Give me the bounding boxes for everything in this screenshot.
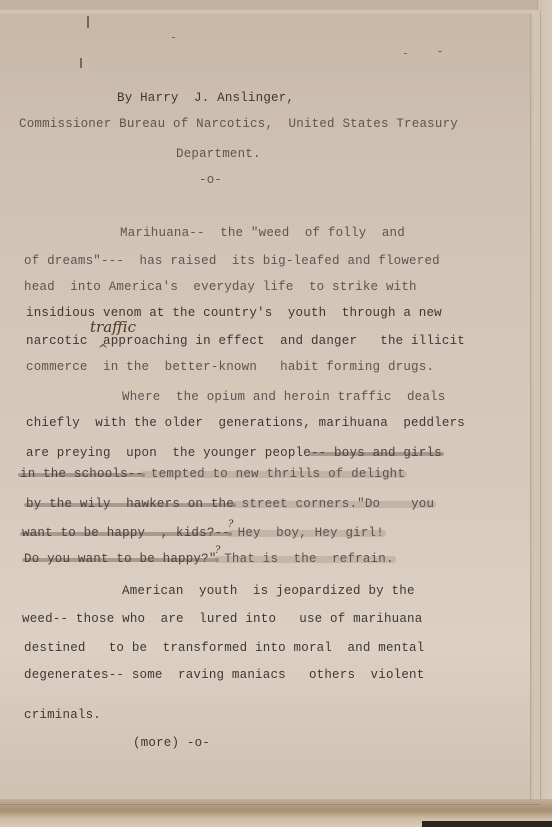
header-separator: -o- (199, 173, 222, 187)
paragraph-1-line-1: Marihuana-- the "weed of folly and (120, 226, 405, 240)
paragraph-2-line-1: Where the opium and heroin traffic deals (122, 390, 445, 404)
paragraph-1-line-3: head into America's everyday life to str… (24, 280, 417, 294)
paragraph-3-line-4: degenerates-- some raving maniacs others… (24, 668, 424, 682)
line-text: street corners."Do you (234, 497, 434, 511)
struck-text: want to be happy , kids?-- (22, 526, 230, 540)
line-text: That is the refrain. (217, 552, 394, 566)
line-text: tempted to new thrills of delight (143, 467, 405, 481)
line-text: are preying upon the younger people (26, 446, 311, 460)
paper-speck (404, 53, 407, 54)
paragraph-2-line-4: in the schools-- tempted to new thrills … (20, 467, 405, 481)
paper-speck (87, 16, 89, 28)
paragraph-2-line-3: are preying upon the younger people-- bo… (26, 446, 442, 460)
page-edge-line (0, 804, 540, 805)
paragraph-2-line-7: Do you want to be happy?" That is the re… (24, 552, 394, 566)
typewritten-page (0, 14, 531, 804)
paragraph-3-line-3: destined to be transformed into moral an… (24, 641, 424, 655)
paper-speck (172, 37, 175, 38)
struck-text: by the wily hawkers on the (26, 497, 234, 511)
paragraph-1-line-4: insidious venom at the country's youth t… (26, 306, 442, 320)
paragraph-3-line-5: criminals. (24, 708, 101, 722)
desk-shadow (422, 821, 552, 827)
paragraph-1-line-2: of dreams"--- has raised its big-leafed … (24, 254, 440, 268)
struck-text: -- boys and girls (311, 446, 442, 460)
handwritten-insertion: traffic (90, 318, 136, 336)
line-text: Hey boy, Hey girl! (230, 526, 384, 540)
author-title: Commissioner Bureau of Narcotics, United… (19, 117, 458, 131)
struck-text: in the schools-- (20, 467, 143, 481)
byline: By Harry J. Anslinger, (117, 91, 294, 105)
more-footer: (more) -o- (133, 736, 210, 750)
handwritten-question-mark: ? (215, 545, 220, 556)
paragraph-1-line-6: commerce in the better-known habit formi… (26, 360, 434, 374)
paragraph-2-line-6: want to be happy , kids?-- Hey boy, Hey … (22, 526, 384, 540)
paragraph-2-line-5: by the wily hawkers on the street corner… (26, 497, 434, 511)
paper-speck (438, 51, 442, 52)
paragraph-2-line-2: chiefly with the older generations, mari… (26, 416, 465, 430)
paragraph-1-line-5: narcotic approaching in effect and dange… (26, 334, 465, 348)
handwritten-question-mark: ? (228, 519, 233, 530)
caret-insert-mark: ^ (98, 342, 108, 356)
struck-text: Do you want to be happy?" (24, 552, 217, 566)
paragraph-3-line-2: weed-- those who are lured into use of m… (22, 612, 422, 626)
paper-speck (80, 58, 82, 68)
author-department: Department. (176, 147, 261, 161)
paragraph-3-line-1: American youth is jeopardized by the (122, 584, 415, 598)
